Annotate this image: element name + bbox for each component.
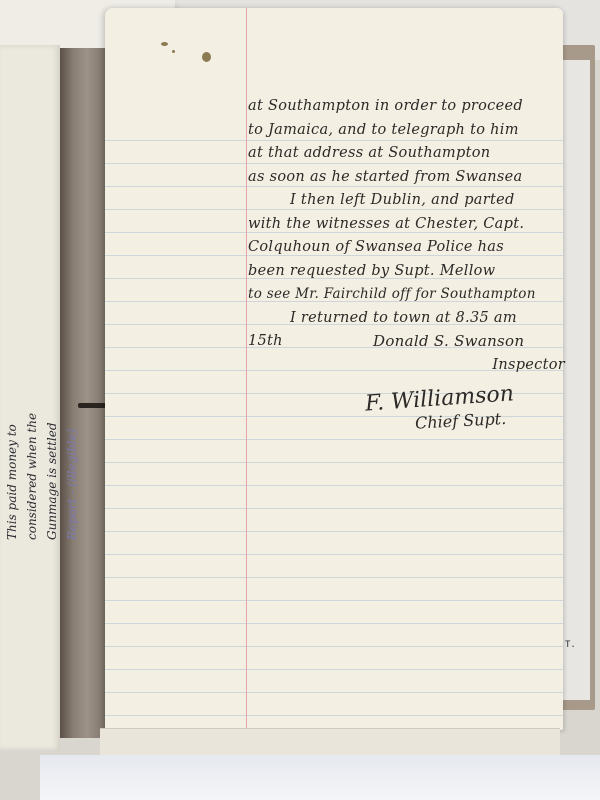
text-line: as soon as he started from Swansea [248, 166, 573, 190]
annotation-line: considered when the [22, 340, 42, 540]
annotation-line: Gunmage is settled [42, 340, 62, 540]
signature-title: Inspector [248, 354, 573, 378]
text-line: been requested by Supt. Mellow [248, 260, 573, 284]
text-line: at that address at Southampton [248, 142, 573, 166]
countersignature: F. Williamson Chief Supt. [365, 385, 555, 429]
text-line: with the witnesses at Chester, Capt. [248, 213, 573, 237]
spine-crack [78, 403, 106, 408]
margin-line [246, 8, 247, 730]
signature-name: Donald S. Swanson [373, 330, 524, 354]
bubble-wrap [40, 755, 600, 800]
text-line: to see Mr. Fairchild off for Southampton [248, 283, 573, 307]
date-text: 15th [248, 333, 283, 349]
text-line: to Jamaica, and to telegraph to him [248, 119, 573, 143]
left-page-annotation: This paid money to considered when the G… [2, 340, 82, 540]
text-line: Colquhoun of Swansea Police has [248, 236, 573, 260]
paper-hole [161, 42, 168, 46]
paper-hole [172, 50, 175, 53]
report-text: at Southampton in order to proceed to Ja… [248, 95, 573, 377]
annotation-line: This paid money to [2, 340, 22, 540]
paper-hole [202, 52, 211, 62]
annotation-pencil-line: Report - (illegible) [62, 340, 82, 540]
text-line: I then left Dublin, and parted [248, 189, 573, 213]
underlying-sheet-label: T. [565, 640, 576, 650]
text-line: at Southampton in order to proceed [248, 95, 573, 119]
text-line: I returned to town at 8.35 am [248, 307, 573, 331]
signature-row: 15th Donald S. Swanson [248, 330, 573, 354]
